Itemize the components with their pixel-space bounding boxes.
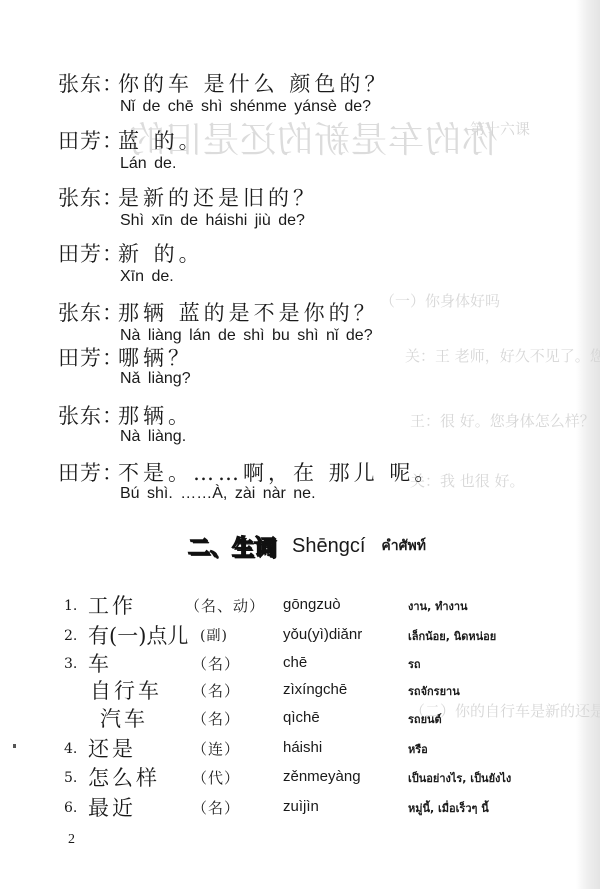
vocab-thai: เป็นอย่างไร, เป็นยังไง (408, 769, 511, 787)
vocab-pinyin: qìchē (283, 709, 320, 726)
vocab-thai: เล็กน้อย, นิดหน่อย (408, 627, 496, 645)
vocab-row: 4. 还是 （连） háishi หรือ (0, 733, 600, 763)
vocab-word: 还是 (88, 733, 136, 763)
speaker-label: 田芳： (58, 457, 124, 487)
vocab-thai: รถจักรยาน (408, 682, 460, 700)
heading-pinyin: Shēngcí (292, 535, 365, 558)
bleed-through-text: 关：王 老师，好久不见了。您身体好吗？ (405, 345, 600, 366)
vocab-row: 1. 工作 （名、动） gōngzuò งาน, ทำงาน (0, 590, 600, 620)
speaker-label: 张东： (58, 297, 124, 327)
dialogue-pinyin: Shì xīn de háishi jiù de? (120, 212, 305, 230)
vocab-part-of-speech: （名、动） (185, 595, 265, 616)
vocab-number: 4. (64, 741, 77, 757)
vocab-word: 最近 (88, 792, 136, 822)
vocabulary-heading: 二、生词 Shēngcí คำศัพท์ (188, 530, 426, 562)
vocab-row: 3. 车 （名） chē รถ (0, 648, 600, 678)
vocab-number: 1. (64, 598, 77, 614)
dialogue-pinyin: Nǎ liàng? (120, 370, 191, 388)
vocab-word: 汽车 (100, 703, 148, 733)
vocab-thai: หรือ (408, 740, 428, 758)
vocab-pinyin: háishi (283, 739, 322, 756)
dialogue-chinese: 是新的还是旧的？ (118, 182, 318, 212)
vocab-word: 工作 (88, 590, 136, 620)
textbook-page: 你的车是新的还是旧的 第十六课 （一）你身体好吗 关：王 老师，好久不见了。您身… (0, 0, 600, 889)
vocab-part-of-speech: (副) (200, 625, 228, 645)
vocab-word: 车 (88, 648, 112, 678)
vocab-word: 自行车 (90, 675, 162, 705)
speaker-label: 田芳： (58, 238, 124, 268)
vocab-part-of-speech: （名） (192, 708, 240, 729)
bleed-through-text: 第十六课 (470, 118, 530, 139)
vocab-thai: รถยนต์ (408, 710, 442, 728)
vocab-row: 汽车 （名） qìchē รถยนต์ (0, 703, 600, 733)
vocab-thai: หมู่นี้, เมื่อเร็วๆ นี้ (408, 799, 489, 817)
speaker-label: 田芳： (58, 125, 124, 155)
vocab-pinyin: yǒu(yì)diǎnr (283, 626, 362, 643)
vocab-pinyin: zuìjìn (283, 798, 319, 815)
vocab-part-of-speech: （名） (192, 797, 240, 818)
dialogue-pinyin: Bú shì. ……À, zài nàr ne. (120, 485, 316, 503)
vocab-number: 6. (64, 800, 77, 816)
bleed-through-text: 王：很 好。您身体怎么样？ (410, 410, 595, 431)
heading-thai: คำศัพท์ (381, 535, 426, 557)
vocab-part-of-speech: （名） (192, 653, 240, 674)
vocab-thai: รถ (408, 655, 421, 673)
vocab-thai: งาน, ทำงาน (408, 597, 468, 615)
dialogue-pinyin: Lán de. (120, 155, 176, 173)
dialogue-pinyin: Xīn de. (120, 268, 174, 286)
dialogue-chinese: 新 的。 (118, 238, 204, 268)
vocab-part-of-speech: （代） (192, 767, 240, 788)
vocab-row: 6. 最近 （名） zuìjìn หมู่นี้, เมื่อเร็วๆ นี้ (0, 792, 600, 822)
vocab-number: 5. (64, 770, 77, 786)
vocab-pinyin: gōngzuò (283, 596, 341, 613)
speaker-label: 田芳： (58, 342, 124, 372)
dialogue-chinese: 那辆 蓝的是不是你的？ (118, 297, 379, 327)
vocab-pinyin: zěnmeyàng (283, 768, 361, 785)
vocab-number: 3. (64, 656, 77, 672)
vocab-row: 2. 有(一)点儿 (副) yǒu(yì)diǎnr เล็กน้อย, นิด… (0, 620, 600, 650)
vocab-row: 5. 怎么样 （代） zěnmeyàng เป็นอย่างไร, เป็นยั… (0, 762, 600, 792)
vocab-word: 有(一)点儿 (88, 620, 188, 650)
dialogue-pinyin: Nà liàng. (120, 428, 186, 446)
vocab-number: 2. (64, 628, 77, 644)
vocab-row: 自行车 （名） zìxíngchē รถจักรยาน (0, 675, 600, 705)
speaker-label: 张东： (58, 182, 124, 212)
speaker-label: 张东： (58, 68, 124, 98)
vocab-word: 怎么样 (88, 762, 160, 792)
heading-chinese: 二、生词 (188, 531, 276, 562)
dialogue-chinese: 你的车 是什么 颜色的？ (118, 68, 389, 98)
dialogue-pinyin: Nǐ de chē shì shénme yánsè de? (120, 98, 371, 116)
page-number: 2 (68, 832, 75, 848)
vocab-part-of-speech: （连） (192, 738, 240, 759)
vocab-pinyin: chē (283, 654, 307, 671)
dialogue-chinese: 不是。……啊，在 那儿 呢。 (118, 457, 439, 487)
dialogue-chinese: 那辆。 (118, 400, 193, 430)
dialogue-chinese: 哪辆？ (118, 342, 193, 372)
speaker-label: 张东： (58, 400, 124, 430)
dialogue-chinese: 蓝 的。 (118, 125, 204, 155)
vocab-part-of-speech: （名） (192, 680, 240, 701)
bleed-through-text: （一）你身体好吗 (380, 290, 500, 311)
vocab-pinyin: zìxíngchē (283, 681, 347, 698)
